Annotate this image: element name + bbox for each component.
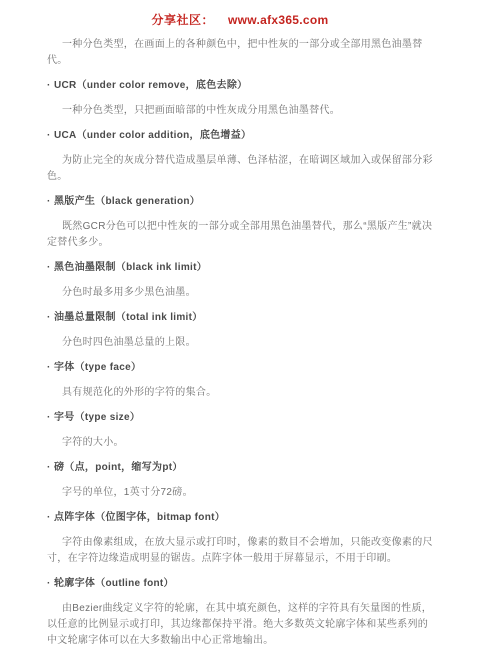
bullet-icon: · — [47, 128, 54, 144]
term-label: UCA（under color addition，底色增益） — [54, 130, 251, 141]
paragraph: 字号的单位，1英寸分72磅。 — [47, 485, 437, 501]
term-item: ·黑色油墨限制（black ink limit） — [47, 260, 437, 276]
document-page: 分享社区：www.afx365.com 一种分色类型，在画面上的各种颜色中，把中… — [0, 0, 480, 651]
bullet-icon: · — [47, 310, 54, 326]
term-item: ·黑版产生（black generation） — [47, 194, 437, 210]
term-label: 磅（点，point，缩写为pt） — [54, 462, 183, 473]
term-item: ·UCR（under color remove，底色去除） — [47, 78, 437, 94]
term-item: ·字号（type size） — [47, 410, 437, 426]
term-label: 轮廓字体（outline font） — [54, 578, 174, 589]
term-item: ·点阵字体（位图字体，bitmap font） — [47, 510, 437, 526]
paragraph: 分色时四色油墨总量的上限。 — [47, 335, 437, 351]
bullet-icon: · — [47, 260, 54, 276]
term-item: ·磅（点，point，缩写为pt） — [47, 460, 437, 476]
paragraph: 为防止完全的灰成分替代造成墨层单薄、色泽枯涩，在暗调区域加入或保留部分彩色。 — [47, 153, 437, 185]
bullet-icon: · — [47, 510, 54, 526]
term-label: UCR（under color remove，底色去除） — [54, 80, 247, 91]
paragraph: 分色时最多用多少黑色油墨。 — [47, 285, 437, 301]
term-item: ·字体（type face） — [47, 360, 437, 376]
watermark-header: 分享社区：www.afx365.com — [0, 0, 480, 28]
paragraph: 字符由像素组成，在放大显示或打印时，像素的数目不会增加，只能改变像素的尺寸，在字… — [47, 535, 437, 567]
bullet-icon: · — [47, 78, 54, 94]
paragraph: 一种分色类型，在画面上的各种颜色中，把中性灰的一部分或全部用黑色油墨替代。 — [47, 37, 437, 69]
term-label: 字体（type face） — [54, 362, 141, 373]
term-label: 字号（type size） — [54, 412, 140, 423]
term-label: 点阵字体（位图字体，bitmap font） — [54, 512, 225, 523]
paragraph: 字符的大小。 — [47, 435, 437, 451]
term-label: 黑色油墨限制（black ink limit） — [54, 262, 207, 273]
bullet-icon: · — [47, 360, 54, 376]
paragraph: 一种分色类型，只把画面暗部的中性灰成分用黑色油墨替代。 — [47, 103, 437, 119]
term-item: ·UCA（under color addition，底色增益） — [47, 128, 437, 144]
bullet-icon: · — [47, 410, 54, 426]
paragraph: 既然GCR分色可以把中性灰的一部分或全部用黑色油墨替代，那么“黑版产生”就决定替… — [47, 219, 437, 251]
bullet-icon: · — [47, 460, 54, 476]
term-item: ·轮廓字体（outline font） — [47, 576, 437, 592]
term-label: 油墨总量限制（total ink limit） — [54, 312, 203, 323]
term-label: 黑版产生（black generation） — [54, 196, 200, 207]
paragraph: 由Bezier曲线定义字符的轮廓，在其中填充颜色，这样的字符具有矢量图的性质，以… — [47, 601, 437, 649]
term-item: ·油墨总量限制（total ink limit） — [47, 310, 437, 326]
community-name: 分享社区： — [152, 13, 215, 27]
document-body: 一种分色类型，在画面上的各种颜色中，把中性灰的一部分或全部用黑色油墨替代。·UC… — [47, 37, 437, 649]
bullet-icon: · — [47, 194, 54, 210]
paragraph: 具有规范化的外形的字符的集合。 — [47, 385, 437, 401]
bullet-icon: · — [47, 576, 54, 592]
site-url: www.afx365.com — [228, 13, 328, 27]
